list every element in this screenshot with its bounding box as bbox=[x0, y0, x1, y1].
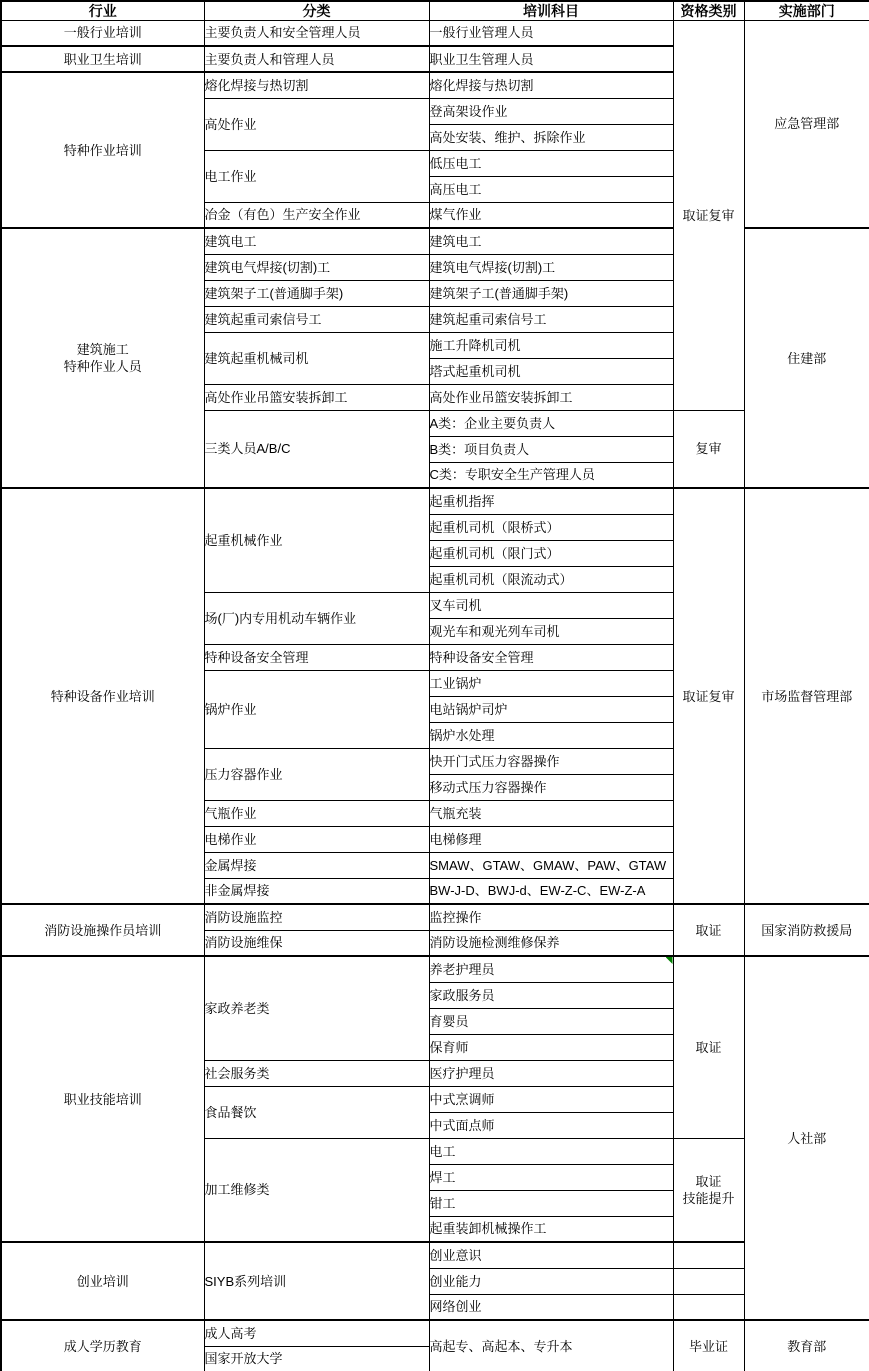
category-cell: 压力容器作业 bbox=[204, 748, 429, 800]
table-row: 消防设施操作员培训消防设施监控监控操作取证国家消防救援局 bbox=[1, 904, 869, 930]
subject-cell: 高压电工 bbox=[429, 176, 673, 202]
subject-cell: 移动式压力容器操作 bbox=[429, 774, 673, 800]
subject-cell: 高处作业吊篮安装拆卸工 bbox=[429, 384, 673, 410]
category-cell: SIYB系列培训 bbox=[204, 1242, 429, 1320]
category-cell: 建筑起重司索信号工 bbox=[204, 306, 429, 332]
subject-cell: 建筑电气焊接(切割)工 bbox=[429, 254, 673, 280]
subject-cell: 医疗护理员 bbox=[429, 1060, 673, 1086]
subject-cell: 电梯修理 bbox=[429, 826, 673, 852]
subject-cell: 熔化焊接与热切割 bbox=[429, 72, 673, 98]
training-table-page: 行业 分类 培训科目 资格类别 实施部门 一般行业培训主要负责人和安全管理人员一… bbox=[0, 0, 869, 1371]
department-cell: 住建部 bbox=[744, 228, 869, 488]
subject-cell: 中式面点师 bbox=[429, 1112, 673, 1138]
category-cell: 电工作业 bbox=[204, 150, 429, 202]
category-cell: 社会服务类 bbox=[204, 1060, 429, 1086]
subject-cell: 保育师 bbox=[429, 1034, 673, 1060]
category-cell: 加工维修类 bbox=[204, 1138, 429, 1242]
category-cell: 金属焊接 bbox=[204, 852, 429, 878]
category-cell: 成人高考 bbox=[204, 1320, 429, 1346]
category-cell: 国家开放大学 bbox=[204, 1346, 429, 1371]
category-cell: 特种设备安全管理 bbox=[204, 644, 429, 670]
category-cell: 电梯作业 bbox=[204, 826, 429, 852]
category-cell: 锅炉作业 bbox=[204, 670, 429, 748]
industry-cell: 创业培训 bbox=[1, 1242, 204, 1320]
subject-cell: 建筑起重司索信号工 bbox=[429, 306, 673, 332]
category-cell: 建筑架子工(普通脚手架) bbox=[204, 280, 429, 306]
subject-cell: 煤气作业 bbox=[429, 202, 673, 228]
subject-cell: 快开门式压力容器操作 bbox=[429, 748, 673, 774]
category-cell: 高处作业吊篮安装拆卸工 bbox=[204, 384, 429, 410]
category-cell: 消防设施维保 bbox=[204, 930, 429, 956]
table-body: 一般行业培训主要负责人和安全管理人员一般行业管理人员取证复审应急管理部职业卫生培… bbox=[1, 20, 869, 1371]
category-cell: 场(厂)内专用机动车辆作业 bbox=[204, 592, 429, 644]
category-cell: 主要负责人和管理人员 bbox=[204, 46, 429, 72]
category-cell: 消防设施监控 bbox=[204, 904, 429, 930]
subject-cell: SMAW、GTAW、GMAW、PAW、GTAW bbox=[429, 852, 673, 878]
industry-cell: 职业技能培训 bbox=[1, 956, 204, 1242]
subject-cell: 起重装卸机械操作工 bbox=[429, 1216, 673, 1242]
qualification-cell: 取证 技能提升 bbox=[673, 1138, 744, 1242]
category-cell: 冶金（有色）生产安全作业 bbox=[204, 202, 429, 228]
qualification-cell: 毕业证 bbox=[673, 1320, 744, 1371]
subject-cell: 高处安装、维护、拆除作业 bbox=[429, 124, 673, 150]
industry-cell: 建筑施工 特种作业人员 bbox=[1, 228, 204, 488]
table-row: 职业技能培训家政养老类养老护理员取证人社部 bbox=[1, 956, 869, 982]
subject-cell: 锅炉水处理 bbox=[429, 722, 673, 748]
category-cell: 食品餐饮 bbox=[204, 1086, 429, 1138]
department-cell: 人社部 bbox=[744, 956, 869, 1320]
subject-cell: BW-J-D、BWJ-d、EW-Z-C、EW-Z-A bbox=[429, 878, 673, 904]
table-row: 成人学历教育成人高考高起专、高起本、专升本毕业证教育部 bbox=[1, 1320, 869, 1346]
qualification-cell bbox=[673, 1268, 744, 1294]
subject-cell: 起重机司机（限桥式） bbox=[429, 514, 673, 540]
department-cell: 国家消防救援局 bbox=[744, 904, 869, 956]
subject-cell: 起重机司机（限流动式） bbox=[429, 566, 673, 592]
category-cell: 建筑起重机械司机 bbox=[204, 332, 429, 384]
subject-cell: 气瓶充装 bbox=[429, 800, 673, 826]
category-cell: 主要负责人和安全管理人员 bbox=[204, 20, 429, 46]
qualification-cell: 取证复审 bbox=[673, 20, 744, 410]
subject-cell: 起重机司机（限门式） bbox=[429, 540, 673, 566]
subject-cell: 家政服务员 bbox=[429, 982, 673, 1008]
category-cell: 建筑电工 bbox=[204, 228, 429, 254]
subject-cell: 建筑架子工(普通脚手架) bbox=[429, 280, 673, 306]
header-category: 分类 bbox=[204, 1, 429, 20]
qualification-cell bbox=[673, 1242, 744, 1268]
subject-cell: 电站锅炉司炉 bbox=[429, 696, 673, 722]
table-header-row: 行业 分类 培训科目 资格类别 实施部门 bbox=[1, 1, 869, 20]
department-cell: 市场监督管理部 bbox=[744, 488, 869, 904]
subject-cell: 登高架设作业 bbox=[429, 98, 673, 124]
header-qualification: 资格类别 bbox=[673, 1, 744, 20]
subject-cell: 网络创业 bbox=[429, 1294, 673, 1320]
industry-cell: 消防设施操作员培训 bbox=[1, 904, 204, 956]
category-cell: 起重机械作业 bbox=[204, 488, 429, 592]
industry-cell: 职业卫生培训 bbox=[1, 46, 204, 72]
subject-cell: 工业锅炉 bbox=[429, 670, 673, 696]
subject-cell: 观光车和观光列车司机 bbox=[429, 618, 673, 644]
header-industry: 行业 bbox=[1, 1, 204, 20]
subject-cell: C类：专职安全生产管理人员 bbox=[429, 462, 673, 488]
qualification-cell bbox=[673, 1294, 744, 1320]
category-cell: 非金属焊接 bbox=[204, 878, 429, 904]
subject-cell: 特种设备安全管理 bbox=[429, 644, 673, 670]
table-row: 创业培训SIYB系列培训创业意识 bbox=[1, 1242, 869, 1268]
subject-cell: 叉车司机 bbox=[429, 592, 673, 618]
subject-cell: 焊工 bbox=[429, 1164, 673, 1190]
subject-cell: 一般行业管理人员 bbox=[429, 20, 673, 46]
subject-cell: 低压电工 bbox=[429, 150, 673, 176]
category-cell: 建筑电气焊接(切割)工 bbox=[204, 254, 429, 280]
industry-cell: 特种设备作业培训 bbox=[1, 488, 204, 904]
subject-cell: 高起专、高起本、专升本 bbox=[429, 1320, 673, 1371]
subject-cell: 钳工 bbox=[429, 1190, 673, 1216]
subject-cell: 塔式起重机司机 bbox=[429, 358, 673, 384]
category-cell: 家政养老类 bbox=[204, 956, 429, 1060]
industry-cell: 特种作业培训 bbox=[1, 72, 204, 228]
subject-cell: 监控操作 bbox=[429, 904, 673, 930]
subject-cell: 育婴员 bbox=[429, 1008, 673, 1034]
category-cell: 高处作业 bbox=[204, 98, 429, 150]
qualification-cell: 取证 bbox=[673, 956, 744, 1138]
department-cell: 应急管理部 bbox=[744, 20, 869, 228]
industry-cell: 成人学历教育 bbox=[1, 1320, 204, 1371]
header-subject: 培训科目 bbox=[429, 1, 673, 20]
industry-cell: 一般行业培训 bbox=[1, 20, 204, 46]
comment-flag-icon bbox=[666, 957, 673, 964]
subject-cell: 消防设施检测维修保养 bbox=[429, 930, 673, 956]
subject-cell: 起重机指挥 bbox=[429, 488, 673, 514]
qualification-cell: 复审 bbox=[673, 410, 744, 488]
category-cell: 气瓶作业 bbox=[204, 800, 429, 826]
subject-cell: A类：企业主要负责人 bbox=[429, 410, 673, 436]
subject-cell: 创业意识 bbox=[429, 1242, 673, 1268]
table-row: 一般行业培训主要负责人和安全管理人员一般行业管理人员取证复审应急管理部 bbox=[1, 20, 869, 46]
subject-cell: 创业能力 bbox=[429, 1268, 673, 1294]
subject-cell: 电工 bbox=[429, 1138, 673, 1164]
subject-cell: 养老护理员 bbox=[429, 956, 673, 982]
subject-cell: 施工升降机司机 bbox=[429, 332, 673, 358]
qualification-cell: 取证复审 bbox=[673, 488, 744, 904]
category-cell: 熔化焊接与热切割 bbox=[204, 72, 429, 98]
qualification-cell: 取证 bbox=[673, 904, 744, 956]
subject-cell: 建筑电工 bbox=[429, 228, 673, 254]
training-table: 行业 分类 培训科目 资格类别 实施部门 一般行业培训主要负责人和安全管理人员一… bbox=[0, 0, 869, 1371]
subject-cell: 职业卫生管理人员 bbox=[429, 46, 673, 72]
header-department: 实施部门 bbox=[744, 1, 869, 20]
subject-cell: B类：项目负责人 bbox=[429, 436, 673, 462]
department-cell: 教育部 bbox=[744, 1320, 869, 1371]
subject-cell: 中式烹调师 bbox=[429, 1086, 673, 1112]
table-row: 特种设备作业培训起重机械作业起重机指挥取证复审市场监督管理部 bbox=[1, 488, 869, 514]
category-cell: 三类人员A/B/C bbox=[204, 410, 429, 488]
